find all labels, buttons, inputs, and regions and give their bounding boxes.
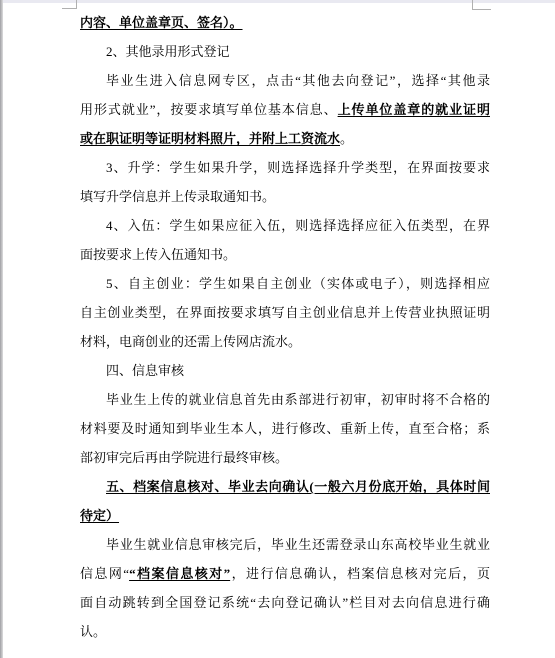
text-line: 信息网““档案信息核对”，进行信息确认，档案信息核对完后，页 bbox=[80, 559, 490, 588]
text-line: 部初审完后再由学院进行最终审核。 bbox=[80, 443, 490, 472]
text-line: 内容、单位盖章页、签名）。 bbox=[80, 8, 490, 37]
text-line: 材料，电商创业的还需上传网店流水。 bbox=[80, 327, 490, 356]
text-line: 认。 bbox=[80, 617, 490, 646]
text-run: 四、信息审核 bbox=[106, 363, 184, 378]
text-run: 毕业生进入信息网专区，点击“其他去向登记”，选择“其他录 bbox=[106, 73, 490, 88]
text-line: 3、升学：学生如果升学，则选择选择升学类型，在界面按要求 bbox=[80, 153, 490, 182]
text-run: 4、入伍：学生如果应征入伍，则选择选择应征入伍类型，在界 bbox=[106, 218, 490, 233]
text-line: 或在职证明等证明材料照片，并附上工资流水。 bbox=[80, 124, 490, 153]
page-margin-mark-left bbox=[62, 0, 77, 9]
text-line: 四、信息审核 bbox=[80, 356, 490, 385]
text-run: 5、自主创业：学生如果自主创业（实体或电子），则选择相应 bbox=[106, 276, 490, 291]
emphasis-text-run: 待定） bbox=[80, 508, 119, 523]
text-run: 信息网“ bbox=[80, 566, 129, 581]
text-line: 毕业生上传的就业信息首先由系部进行初审，初审时将不合格的 bbox=[80, 385, 490, 414]
text-run: 材料，电商创业的还需上传网店流水。 bbox=[80, 334, 301, 349]
text-run: 自主创业类型，在界面按要求填写自主创业信息并上传营业执照证明 bbox=[80, 305, 490, 320]
document-text-area: 内容、单位盖章页、签名）。2、其他录用形式登记毕业生进入信息网专区，点击“其他去… bbox=[80, 8, 490, 646]
text-line: 待定） bbox=[80, 501, 490, 530]
text-run: 毕业生就业信息审核完后，毕业生还需登录山东高校毕业生就业 bbox=[106, 537, 490, 552]
text-line: 面按要求上传入伍通知书。 bbox=[80, 240, 490, 269]
text-run: 2、其他录用形式登记 bbox=[106, 44, 230, 59]
text-line: 毕业生进入信息网专区，点击“其他去向登记”，选择“其他录 bbox=[80, 66, 490, 95]
text-run: 材料要及时通知到毕业生本人，进行修改、重新上传，直至合格；系 bbox=[80, 421, 490, 436]
text-run: 填写升学信息并上传录取通知书。 bbox=[80, 189, 275, 204]
document-page: 内容、单位盖章页、签名）。2、其他录用形式登记毕业生进入信息网专区，点击“其他去… bbox=[0, 0, 555, 658]
emphasis-text-run: 或在职证明等证明材料照片，并附上工资流水 bbox=[80, 131, 340, 146]
text-line: 填写升学信息并上传录取通知书。 bbox=[80, 182, 490, 211]
text-line: 面自动跳转到全国登记系统“去向登记确认”栏目对去向信息进行确 bbox=[80, 588, 490, 617]
emphasis-text-run: “档案信息核对” bbox=[129, 566, 230, 581]
text-line: 2、其他录用形式登记 bbox=[80, 37, 490, 66]
text-line: 4、入伍：学生如果应征入伍，则选择选择应征入伍类型，在界 bbox=[80, 211, 490, 240]
emphasis-text-run: 五、档案信息核对、毕业去向确认(一般六月份底开始，具体时间 bbox=[106, 479, 490, 494]
text-line: 自主创业类型，在界面按要求填写自主创业信息并上传营业执照证明 bbox=[80, 298, 490, 327]
text-line: 用形式就业”，按要求填写单位基本信息、上传单位盖章的就业证明 bbox=[80, 95, 490, 124]
text-line: 材料要及时通知到毕业生本人，进行修改、重新上传，直至合格；系 bbox=[80, 414, 490, 443]
text-run: 面自动跳转到全国登记系统“去向登记确认”栏目对去向信息进行确 bbox=[80, 595, 490, 610]
text-run: 认。 bbox=[80, 624, 106, 639]
text-line: 五、档案信息核对、毕业去向确认(一般六月份底开始，具体时间 bbox=[80, 472, 490, 501]
emphasis-text-run: 内容、单位盖章页、签名）。 bbox=[80, 15, 243, 30]
text-run: 面按要求上传入伍通知书。 bbox=[80, 247, 236, 262]
text-run: 。 bbox=[340, 131, 353, 146]
text-line: 毕业生就业信息审核完后，毕业生还需登录山东高校毕业生就业 bbox=[80, 530, 490, 559]
emphasis-text-run: 上传单位盖章的就业证明 bbox=[338, 102, 490, 117]
window-left-edge-strip bbox=[0, 0, 3, 658]
text-run: 部初审完后再由学院进行最终审核。 bbox=[80, 450, 288, 465]
text-run: 毕业生上传的就业信息首先由系部进行初审，初审时将不合格的 bbox=[106, 392, 490, 407]
text-run: ，进行信息确认，档案信息核对完后，页 bbox=[230, 566, 490, 581]
text-run: 3、升学：学生如果升学，则选择选择升学类型，在界面按要求 bbox=[106, 160, 490, 175]
text-line: 5、自主创业：学生如果自主创业（实体或电子），则选择相应 bbox=[80, 269, 490, 298]
text-run: 用形式就业”，按要求填写单位基本信息、 bbox=[80, 102, 338, 117]
